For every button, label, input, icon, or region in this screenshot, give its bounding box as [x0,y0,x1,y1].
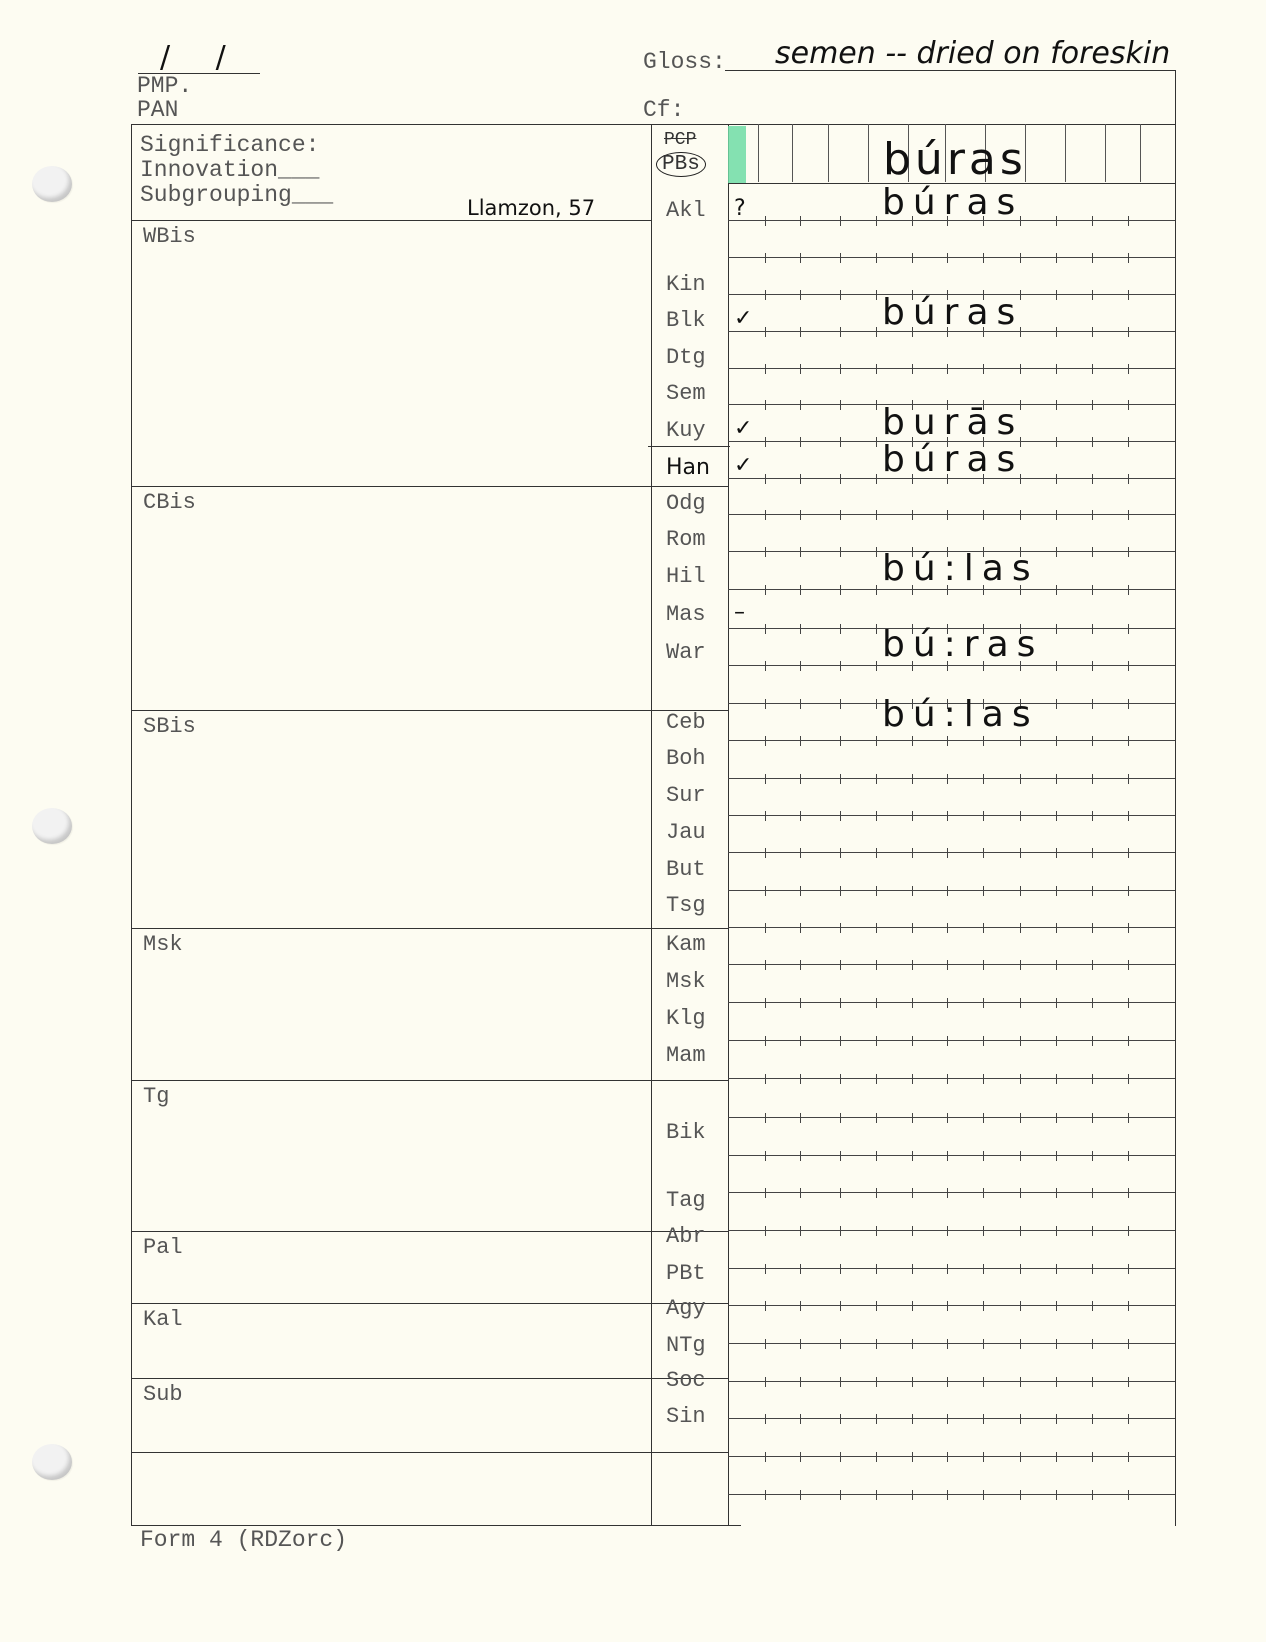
tick-mark [1056,1264,1057,1274]
ruled-line [728,890,1175,891]
tick-mark [912,1490,913,1500]
region-divider [131,220,651,221]
ruled-line [728,665,1175,666]
tick-mark [765,699,766,709]
tick-mark [947,253,948,263]
tick-mark [840,1490,841,1500]
tick-mark [983,253,984,263]
tick-mark [800,216,801,226]
tick-mark [1092,585,1093,595]
tick-mark [840,1414,841,1424]
tick-mark [1092,624,1093,634]
language-code: Bik [666,1120,736,1145]
tick-mark [1092,1188,1093,1198]
tick-mark [1128,364,1129,374]
tick-mark [800,960,801,970]
tick-mark [1092,1490,1093,1500]
tick-mark [840,547,841,557]
grid-cell-divider [792,124,793,182]
tick-mark [1128,699,1129,709]
tick-mark [876,1339,877,1349]
tick-mark [765,1113,766,1123]
tick-mark [876,848,877,858]
tick-mark [1020,1188,1021,1198]
language-code: Msk [666,969,736,994]
language-form[interactable]: bú:las [882,548,1039,589]
tick-mark [800,661,801,671]
tick-mark [876,253,877,263]
gloss-label: Gloss: [643,50,726,74]
tick-mark [1020,774,1021,784]
tick-mark [1020,923,1021,933]
grid-cell-divider [1140,124,1141,182]
tick-mark [876,474,877,484]
tick-mark [765,1490,766,1500]
ruled-line [728,927,1175,928]
tick-mark [876,437,877,447]
tick-mark [1128,923,1129,933]
tick-mark [1020,1151,1021,1161]
language-code: Boh [666,746,736,771]
tick-mark [1092,1452,1093,1462]
tick-mark [1056,736,1057,746]
frame-top [131,124,1176,125]
tick-mark [840,923,841,933]
language-form[interactable]: búras [882,439,1023,480]
tick-mark [765,364,766,374]
ruled-line [728,778,1175,779]
tick-mark [876,736,877,746]
language-code: Agy [666,1296,736,1321]
tick-mark [1092,327,1093,337]
tick-mark [840,886,841,896]
tick-mark [1128,437,1129,447]
tick-mark [840,699,841,709]
tick-mark [1056,216,1057,226]
region-label: Sub [143,1382,183,1407]
tick-mark [1020,1452,1021,1462]
tick-mark [947,1377,948,1387]
tick-mark [912,510,913,520]
tick-mark [1056,1036,1057,1046]
tick-mark [947,774,948,784]
tick-mark [1092,811,1093,821]
language-code: Jau [666,820,736,845]
tick-mark [1020,1414,1021,1424]
tick-mark [1092,474,1093,484]
frame-left [131,124,132,1526]
tick-mark [800,1074,801,1084]
tick-mark [876,1188,877,1198]
tick-mark [876,364,877,374]
circled-protolanguage: PBs [656,152,706,177]
tick-mark [1128,1151,1129,1161]
region-divider [131,1303,728,1304]
tick-mark [983,1339,984,1349]
ruled-line [728,589,1175,590]
tick-mark [947,1301,948,1311]
tick-mark [800,253,801,263]
tick-mark [1092,1151,1093,1161]
tick-mark [1092,400,1093,410]
tick-mark [983,1188,984,1198]
tick-mark [1128,400,1129,410]
language-code: But [666,857,736,882]
tick-mark [1092,547,1093,557]
tick-mark [876,1264,877,1274]
tick-mark [800,585,801,595]
tick-mark [765,960,766,970]
tick-mark [800,400,801,410]
tick-mark [1092,848,1093,858]
tick-mark [1056,1226,1057,1236]
tick-mark [912,960,913,970]
tick-mark [800,998,801,1008]
tick-mark [840,400,841,410]
language-code: Soc [666,1368,736,1393]
tick-mark [1092,216,1093,226]
language-code: Akl [666,198,736,223]
tick-mark [947,1226,948,1236]
tick-mark [800,1301,801,1311]
tick-mark [1092,290,1093,300]
ruled-line [728,1268,1175,1269]
check-mark[interactable]: – [734,600,745,625]
language-code: Blk [666,308,736,333]
tick-mark [983,1301,984,1311]
tick-mark [1020,736,1021,746]
tick-mark [983,1452,984,1462]
binder-hole [32,166,72,202]
region-label: Kal [143,1307,183,1332]
tick-mark [1020,1377,1021,1387]
tick-mark [876,960,877,970]
check-mark[interactable]: ✓ [734,306,752,331]
language-code: Hil [666,564,736,589]
language-code: Kam [666,932,736,957]
tick-mark [947,1339,948,1349]
tick-mark [912,998,913,1008]
tick-mark [800,1490,801,1500]
tick-mark [912,886,913,896]
tick-mark [765,661,766,671]
tick-mark [800,1188,801,1198]
grid-cell-divider [828,124,829,182]
tick-mark [1128,585,1129,595]
tick-mark [1092,886,1093,896]
tick-mark [840,216,841,226]
tick-mark [800,1151,801,1161]
tick-mark [765,886,766,896]
tick-mark [983,1490,984,1500]
tick-mark [1056,547,1057,557]
tick-mark [1056,1490,1057,1500]
tick-mark [876,811,877,821]
tick-mark [1020,1301,1021,1311]
tick-mark [876,1452,877,1462]
tick-mark [1128,290,1129,300]
ruled-line [728,1305,1175,1306]
tick-mark [1056,437,1057,447]
ruled-line [728,1230,1175,1231]
tick-mark [876,216,877,226]
tick-mark [1056,923,1057,933]
tick-mark [1128,848,1129,858]
tick-mark [876,624,877,634]
tick-mark [840,1377,841,1387]
ruled-line [728,368,1175,369]
tick-mark [1020,1113,1021,1123]
tick-mark [1056,474,1057,484]
tick-mark [1056,886,1057,896]
tick-mark [1056,699,1057,709]
frame-bottom [131,1525,741,1526]
region-label: SBis [143,714,196,739]
tick-mark [1020,960,1021,970]
grid-cell-divider [1105,124,1106,182]
tick-mark [947,510,948,520]
tick-mark [876,1377,877,1387]
tick-mark [765,1414,766,1424]
tick-mark [1092,364,1093,374]
tick-mark [1020,848,1021,858]
tick-mark [800,1377,801,1387]
tick-mark [765,811,766,821]
tick-mark [765,290,766,300]
tick-mark [1128,1339,1129,1349]
tick-mark [765,400,766,410]
highlight-mark [728,126,746,184]
language-form[interactable]: búras [882,292,1023,333]
tick-mark [1056,585,1057,595]
tick-mark [1056,998,1057,1008]
language-form[interactable]: búras [882,182,1023,223]
tick-mark [840,848,841,858]
tick-mark [1092,1301,1093,1311]
frame-mid [651,124,652,1526]
tick-mark [765,1074,766,1084]
tick-mark [765,327,766,337]
language-code: Klg [666,1006,736,1031]
tick-mark [912,253,913,263]
tick-mark [947,960,948,970]
tick-mark [947,1452,948,1462]
tick-mark [840,327,841,337]
ruled-line [728,1040,1175,1041]
tick-mark [1056,848,1057,858]
tick-mark [1128,1490,1129,1500]
tick-mark [1056,1452,1057,1462]
tick-mark [912,1452,913,1462]
tick-mark [765,923,766,933]
tick-mark [876,327,877,337]
tick-mark [1128,216,1129,226]
tick-mark [1056,811,1057,821]
grid-cell-divider [868,124,869,182]
tick-mark [1020,1264,1021,1274]
tick-mark [765,547,766,557]
pmp-label: PMP. [137,74,192,98]
tick-mark [1020,886,1021,896]
tick-mark [840,253,841,263]
tick-mark [1092,923,1093,933]
tick-mark [983,1414,984,1424]
tick-mark [1128,998,1129,1008]
tick-mark [1056,1151,1057,1161]
tick-mark [1092,736,1093,746]
region-label: CBis [143,490,196,515]
tick-mark [876,1113,877,1123]
tick-mark [840,774,841,784]
tick-mark [1056,400,1057,410]
tick-mark [765,736,766,746]
tick-mark [912,1377,913,1387]
region-divider [131,1452,728,1453]
tick-mark [840,290,841,300]
tick-mark [947,736,948,746]
tick-mark [840,736,841,746]
tick-mark [1056,624,1057,634]
tick-mark [983,1226,984,1236]
check-mark[interactable]: ✓ [734,453,752,478]
tick-mark [1128,1377,1129,1387]
tick-mark [1092,1339,1093,1349]
tick-mark [947,923,948,933]
language-code: PBt [666,1261,736,1286]
tick-mark [840,437,841,447]
protoform-value[interactable]: búras [883,134,1027,185]
tick-mark [1092,1377,1093,1387]
source-citation: Llamzon, 57 [467,196,595,220]
tick-mark [876,774,877,784]
tick-mark [912,364,913,374]
tick-mark [1092,699,1093,709]
language-form[interactable]: burās [882,402,1023,443]
tick-mark [1092,661,1093,671]
tick-mark [800,811,801,821]
form-id: Form 4 (RDZorc) [140,1528,347,1552]
ruled-line [728,1192,1175,1193]
language-code: Sur [666,783,736,808]
tick-mark [983,1264,984,1274]
tick-mark [800,1264,801,1274]
tick-mark [840,1452,841,1462]
tick-mark [840,1339,841,1349]
tick-mark [800,290,801,300]
tick-mark [912,1264,913,1274]
binder-hole [32,808,72,844]
tick-mark [983,1151,984,1161]
ruled-line [728,1117,1175,1118]
tick-mark [1092,510,1093,520]
tick-mark [840,1113,841,1123]
tick-mark [765,1264,766,1274]
tick-mark [1056,1113,1057,1123]
tick-mark [912,736,913,746]
tick-mark [765,1339,766,1349]
check-mark[interactable]: ? [734,196,746,221]
tick-mark [1128,1414,1129,1424]
tick-mark [800,1036,801,1046]
tick-mark [840,585,841,595]
language-form[interactable]: bú:las [882,694,1039,735]
language-code: Mas [666,602,736,627]
tick-mark [840,960,841,970]
language-code: Dtg [666,345,736,370]
region-label: Tg [143,1084,169,1109]
tick-mark [765,1452,766,1462]
tick-mark [1128,1264,1129,1274]
tick-mark [800,364,801,374]
tick-mark [1056,1188,1057,1198]
tick-mark [765,510,766,520]
ruled-line [728,815,1175,816]
tick-mark [1056,1301,1057,1311]
tick-mark [1128,547,1129,557]
subgrouping-field[interactable]: Subgrouping___ [140,183,333,207]
tick-mark [1128,1113,1129,1123]
ruled-line [728,740,1175,741]
tick-mark [1128,1452,1129,1462]
tick-mark [876,1074,877,1084]
tick-mark [800,1452,801,1462]
tick-mark [800,510,801,520]
tick-mark [800,1113,801,1123]
tick-mark [912,774,913,784]
ruled-line [728,514,1175,515]
tick-mark [876,886,877,896]
tick-mark [765,774,766,784]
tick-mark [1128,253,1129,263]
language-code: Sin [666,1404,736,1429]
tick-mark [983,1036,984,1046]
innovation-field[interactable]: Innovation___ [140,158,319,182]
region-divider [131,1080,728,1081]
region-divider [131,1378,728,1379]
tick-mark [1020,253,1021,263]
tick-mark [983,774,984,784]
tick-mark [765,216,766,226]
tick-mark [912,1113,913,1123]
tick-mark [876,510,877,520]
tick-mark [1128,736,1129,746]
ruled-line [728,1078,1175,1079]
tick-mark [947,886,948,896]
ruled-line [728,1381,1175,1382]
gloss-value[interactable]: semen -- dried on foreskin [775,36,1170,71]
tick-mark [840,1301,841,1311]
tick-mark [876,1151,877,1161]
tick-mark [1056,1414,1057,1424]
tick-mark [1056,290,1057,300]
tick-mark [765,1377,766,1387]
struck-protolanguage: PCP [664,130,696,150]
tick-mark [800,774,801,784]
tick-mark [1056,364,1057,374]
tick-mark [800,699,801,709]
region-label: Msk [143,932,183,957]
grid-cell-divider [758,124,759,182]
check-mark[interactable]: ✓ [734,416,752,441]
ruled-line [728,964,1175,965]
tick-mark [1092,1264,1093,1274]
tick-mark [947,1074,948,1084]
tick-mark [912,811,913,821]
tick-mark [800,624,801,634]
language-form[interactable]: bú:ras [882,624,1043,665]
language-code: Ceb [666,710,736,735]
tick-mark [876,1414,877,1424]
